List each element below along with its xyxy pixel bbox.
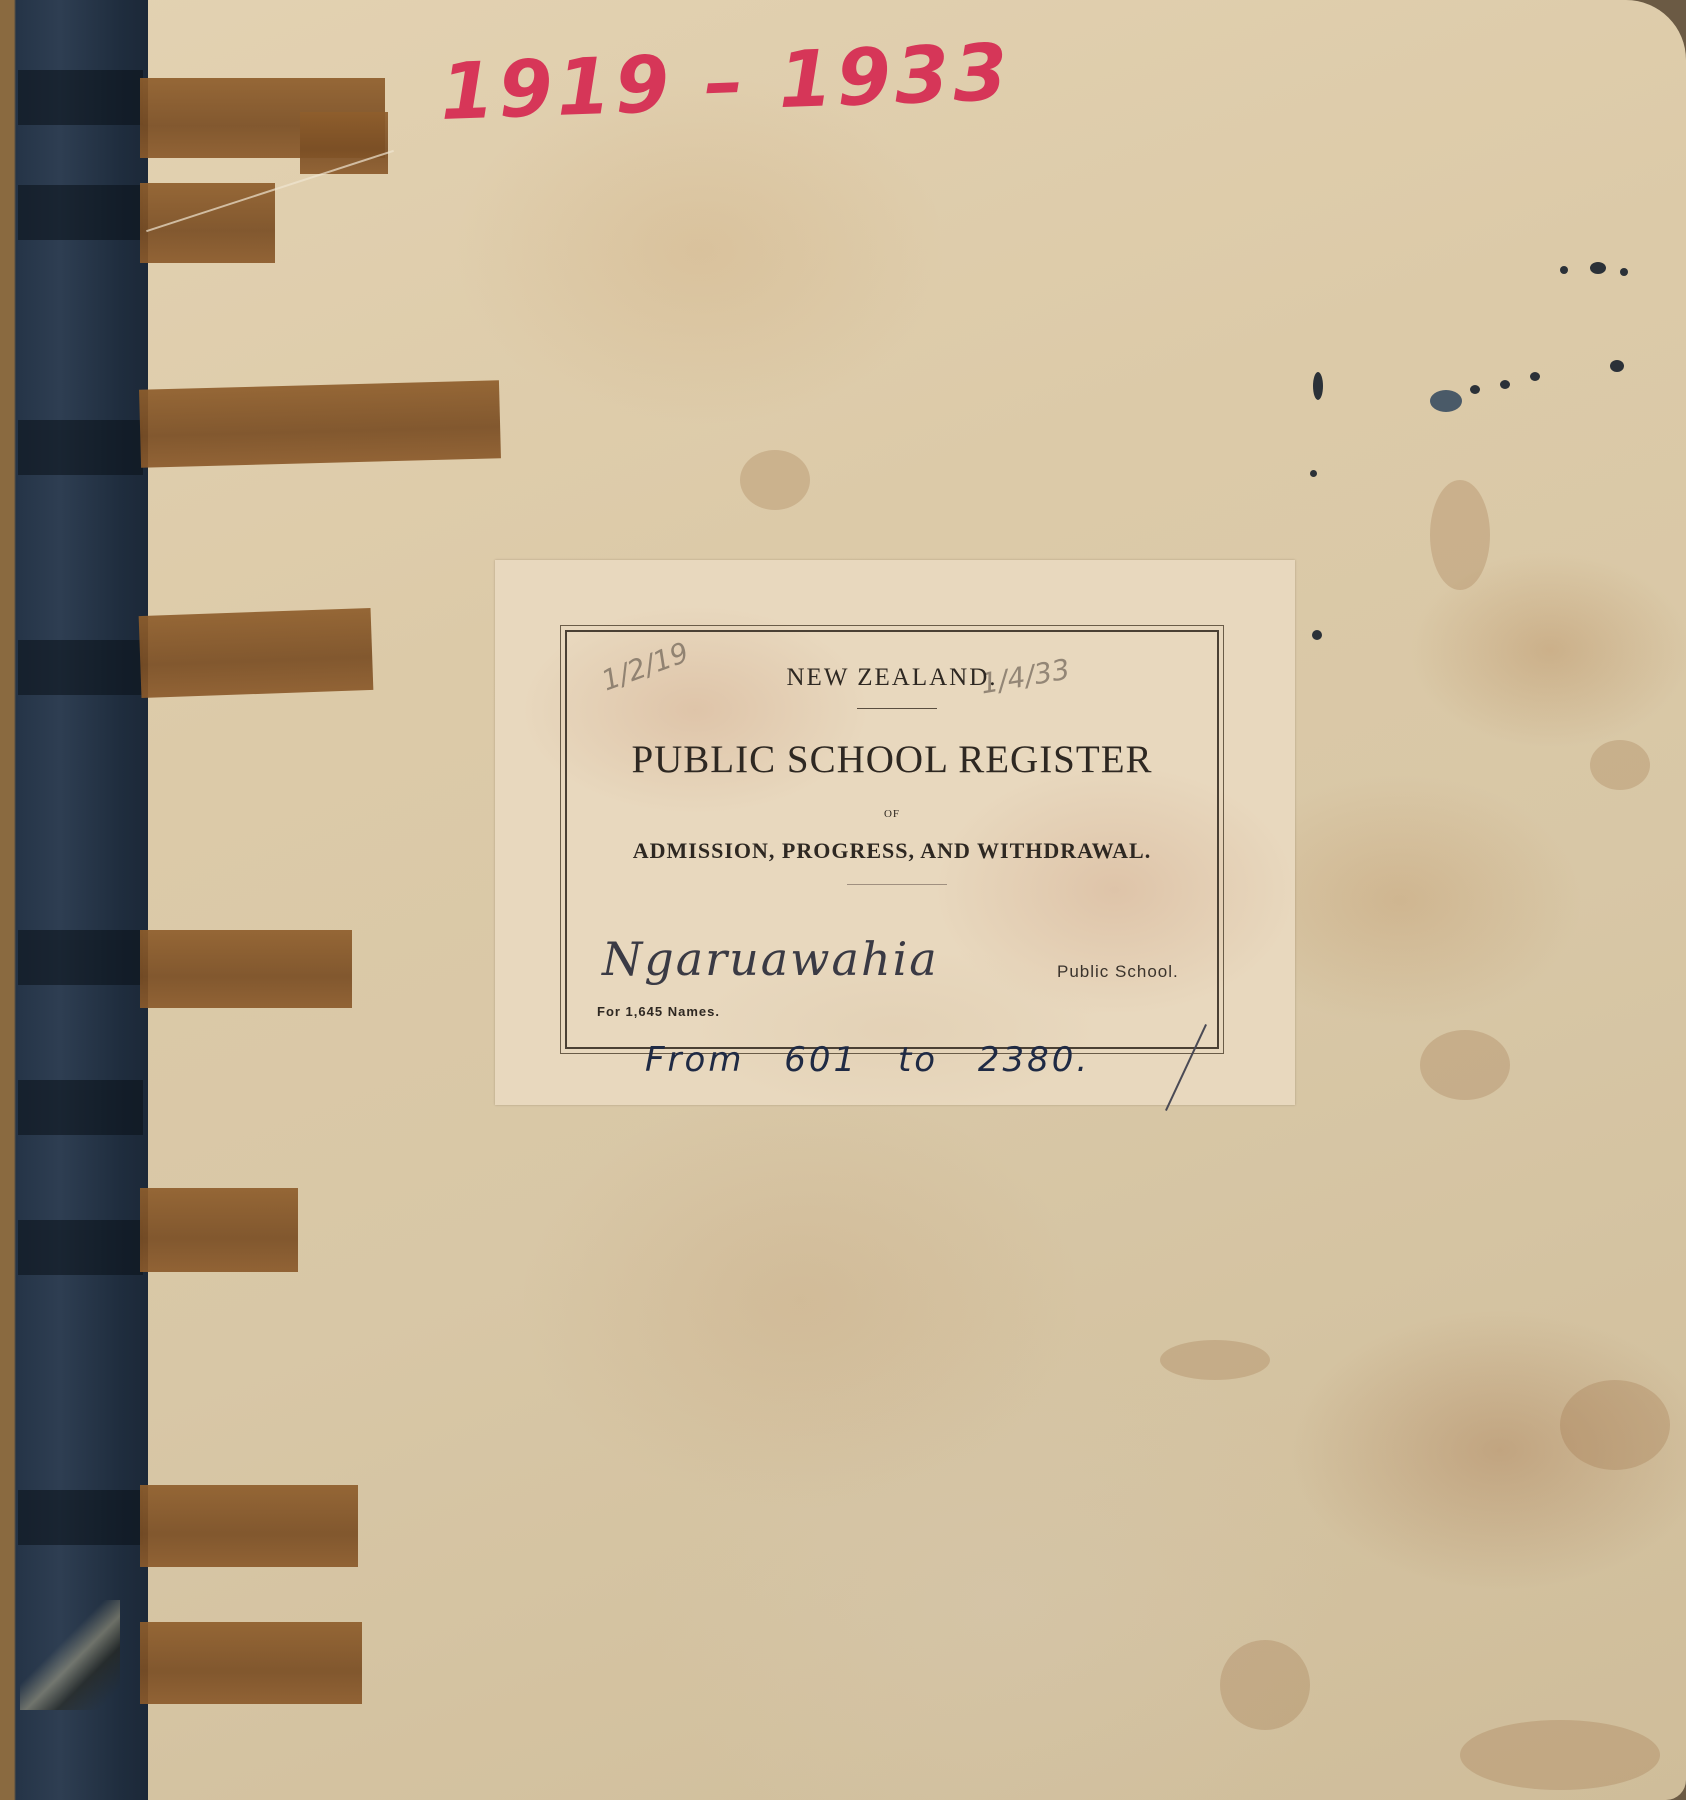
school-suffix: Public School. [1057,962,1179,982]
ink-spot [1560,266,1568,274]
divider [857,708,937,709]
ink-spot [1430,390,1462,412]
stain [1430,480,1490,590]
spine-band [18,420,143,475]
label-country: NEW ZEALAND. [567,664,1217,692]
ink-spot [1500,380,1510,389]
spine-band [18,640,143,695]
label-title: PUBLIC SCHOOL REGISTER [567,737,1217,782]
label-of: OF [567,808,1217,820]
tape-strip [140,930,352,1008]
stain [1420,1030,1510,1100]
tape-strip [140,1188,298,1272]
spine-band [18,70,143,125]
spine-band [18,930,143,985]
spine-band [18,1490,143,1545]
stain [1460,1720,1660,1790]
spine-band [18,185,143,240]
year-range-mark: 1919 – 1933 [439,28,1013,138]
book-spine [0,0,148,1800]
school-line: Ngaruawahia Public School. [602,932,1202,992]
stain [1160,1340,1270,1380]
stain [740,450,810,510]
divider [847,884,947,885]
register-label: 1/2/19 1/4/33 NEW ZEALAND. PUBLIC SCHOOL… [495,560,1295,1105]
tape-strip [140,1485,358,1567]
stain [1560,1380,1670,1470]
label-capacity: For 1,645 Names. [597,1004,720,1019]
ink-spot [1310,470,1317,477]
ink-spot [1610,360,1624,372]
stain [1590,740,1650,790]
ink-spot [1470,385,1480,394]
spine-band [18,1220,143,1275]
ink-spot [1312,630,1322,640]
book-cover: 1919 – 1933 1/2/19 1/4/33 NEW ZEALAND. P… [0,0,1686,1800]
spine-band [18,1080,143,1135]
ink-spot [1590,262,1606,274]
tape-glint [20,1600,120,1710]
tape-strip [139,608,374,698]
ink-spot [1620,268,1628,276]
ink-spot [1313,372,1323,400]
tape-strip [140,1622,362,1704]
ink-spot [1530,372,1540,381]
register-number-range: From 601 to 2380. [645,1040,1090,1080]
stain [1220,1640,1310,1730]
school-name-handwritten: Ngaruawahia [602,932,939,986]
label-border: NEW ZEALAND. PUBLIC SCHOOL REGISTER OF A… [565,630,1219,1049]
tape-strip [139,380,501,467]
label-subtitle: ADMISSION, PROGRESS, AND WITHDRAWAL. [567,838,1217,864]
